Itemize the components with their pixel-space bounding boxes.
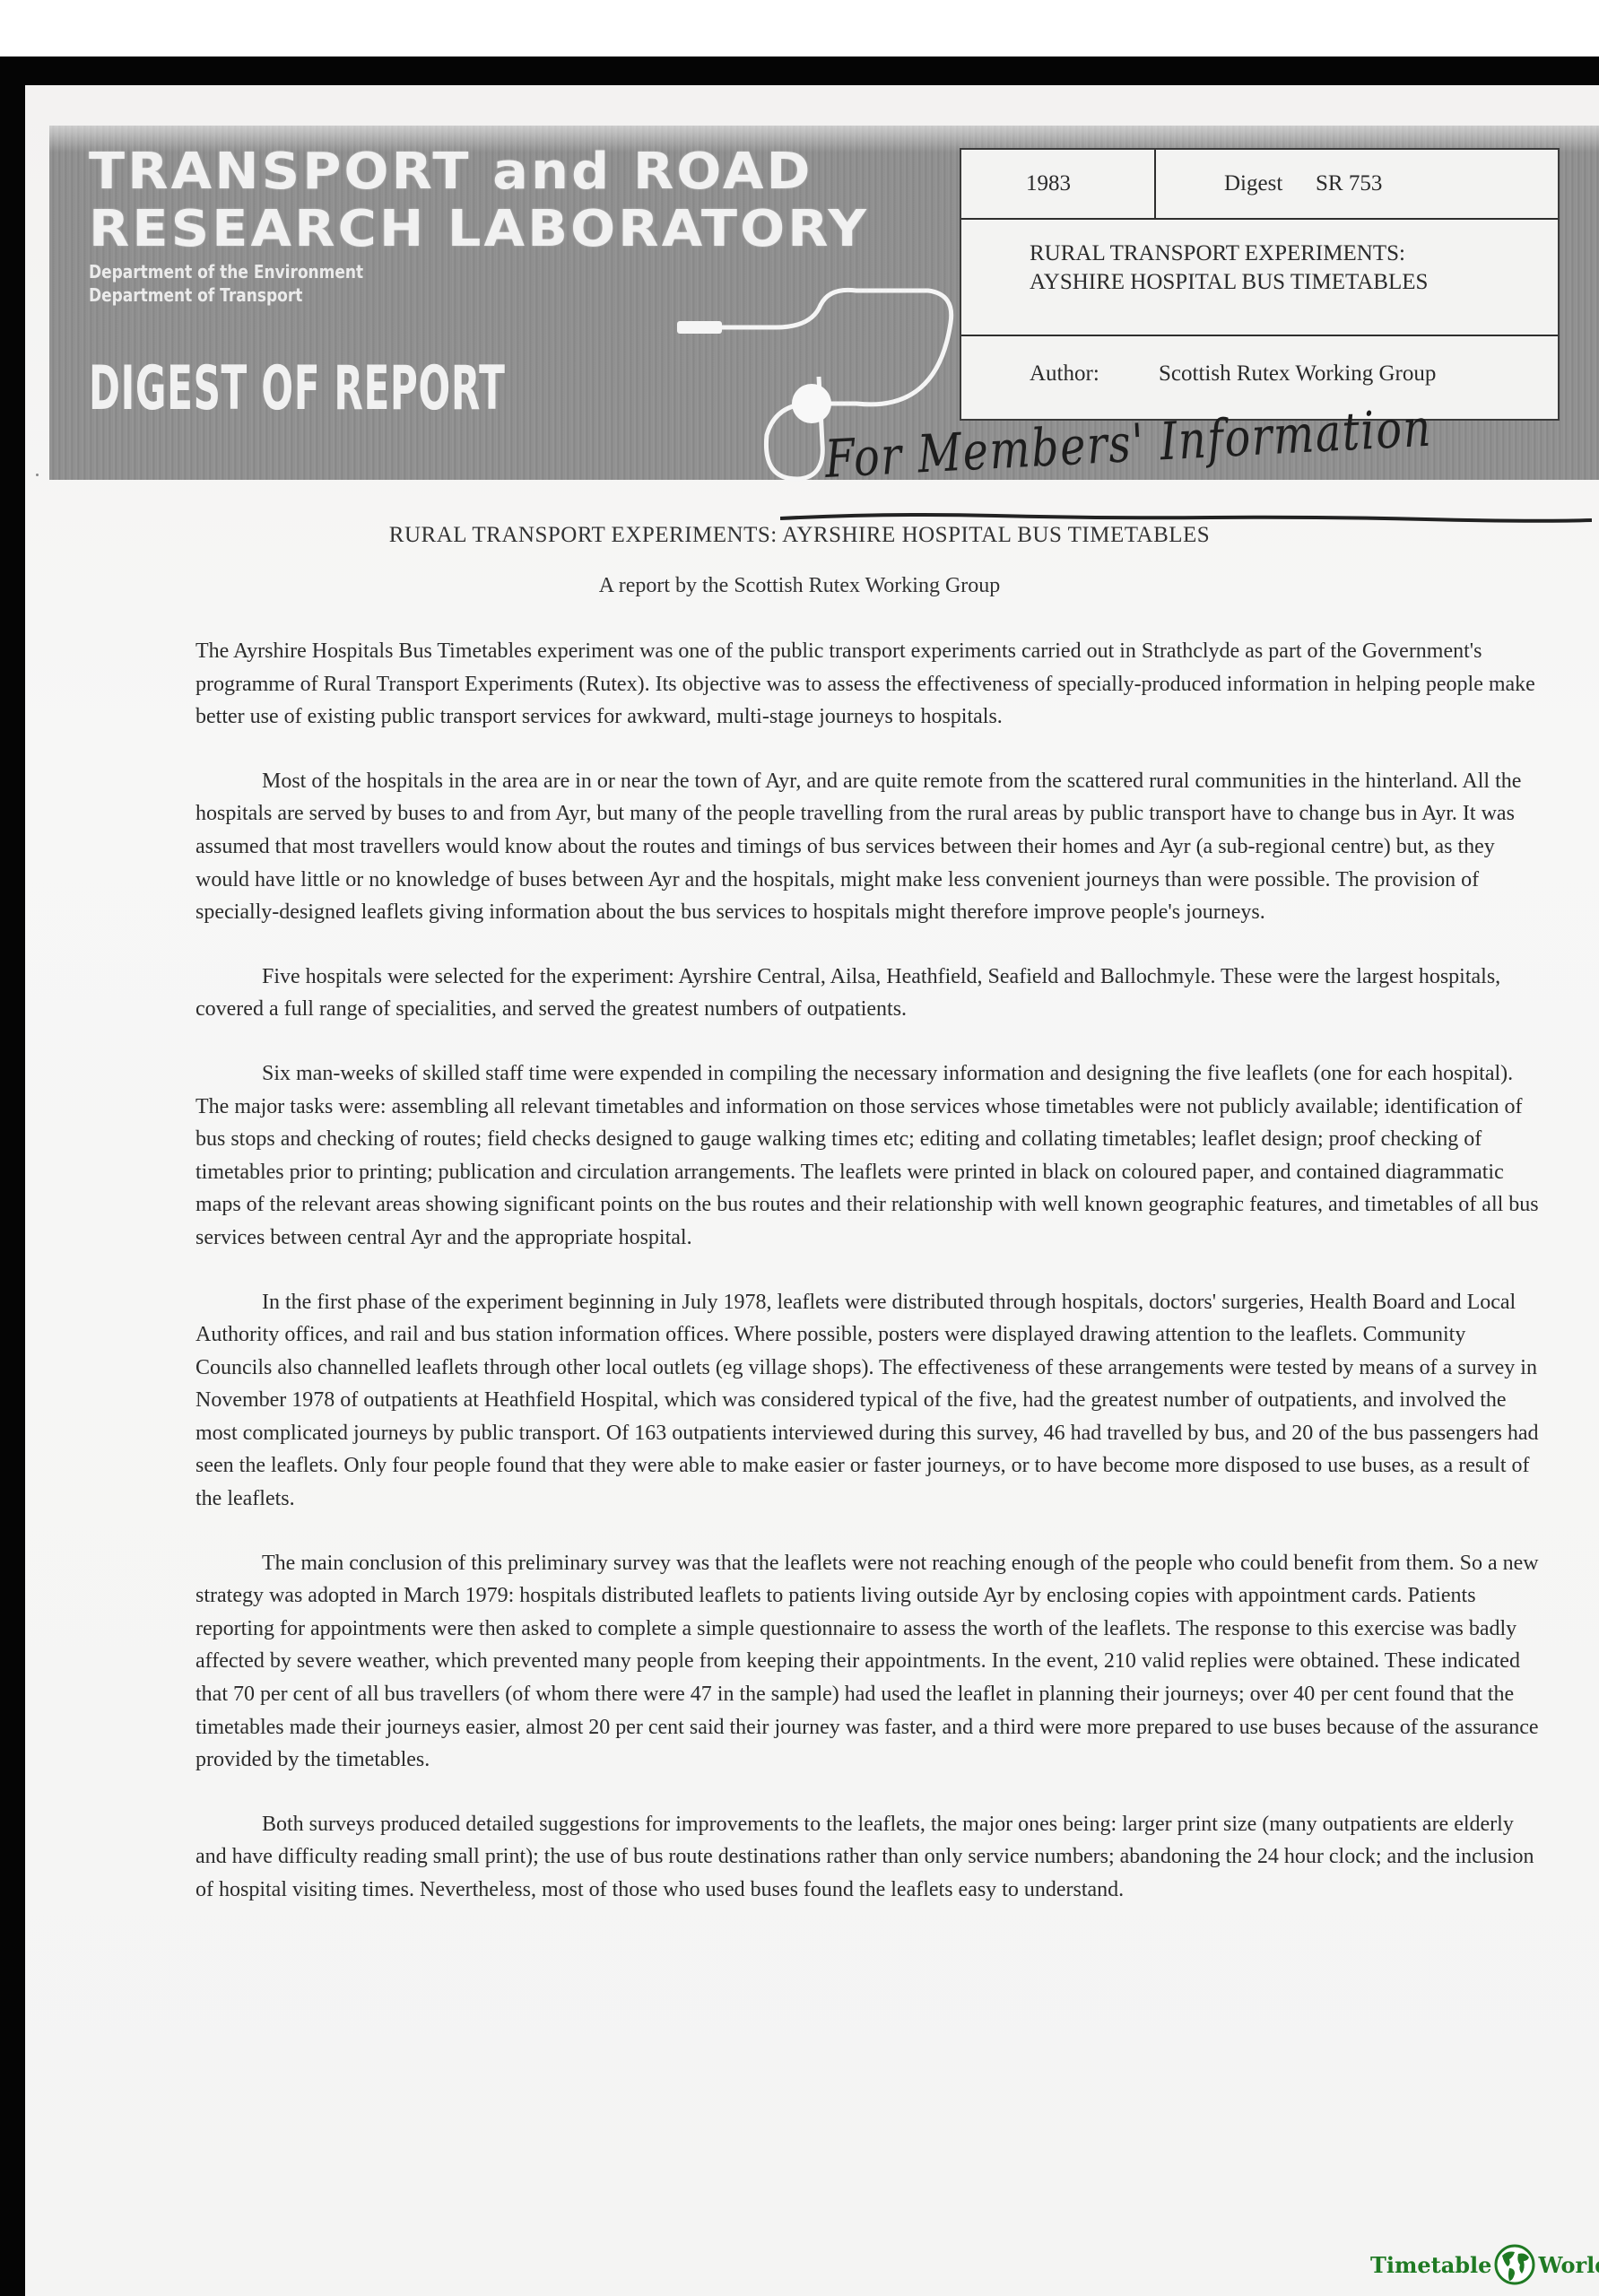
year-cell: 1983	[961, 150, 1156, 218]
department-transport: Department of Transport	[89, 283, 363, 307]
info-title: RURAL TRANSPORT EXPERIMENTS: AYSHIRE HOS…	[1030, 239, 1428, 297]
document-title: RURAL TRANSPORT EXPERIMENTS: AYRSHIRE HO…	[0, 523, 1599, 548]
info-row-title: RURAL TRANSPORT EXPERIMENTS: AYSHIRE HOS…	[961, 220, 1558, 336]
author-name: Scottish Rutex Working Group	[1159, 361, 1436, 387]
report-info-box: 1983 Digest SR 753 RURAL TRANSPORT EXPER…	[960, 148, 1560, 421]
organization-name: TRANSPORT and ROAD RESEARCH LABORATORY	[89, 143, 869, 258]
organization-line-1: TRANSPORT and ROAD	[89, 143, 813, 201]
document-type-heading: DIGEST OF REPORT	[89, 357, 505, 422]
watermark-left-text: Timetable	[1370, 2252, 1491, 2278]
department-environment: Department of the Environment	[89, 260, 363, 283]
scan-speck	[36, 474, 39, 476]
paragraph-hospitals: Five hospitals were selected for the exp…	[196, 961, 1545, 1026]
author-label: Author:	[1030, 361, 1099, 387]
watermark-right-text: World	[1538, 2252, 1599, 2278]
paragraph-suggestions: Both surveys produced detailed suggestio…	[196, 1808, 1545, 1907]
timetable-world-watermark: Timetable World	[1370, 2242, 1599, 2287]
departments: Department of the Environment Department…	[89, 260, 363, 307]
info-title-line-1: RURAL TRANSPORT EXPERIMENTS:	[1030, 239, 1428, 268]
document-body: The Ayrshire Hospitals Bus Timetables ex…	[196, 635, 1545, 1938]
paragraph-second-phase: The main conclusion of this preliminary …	[196, 1547, 1545, 1777]
organization-line-2: RESEARCH LABORATORY	[89, 200, 869, 258]
handwritten-underline	[780, 511, 1592, 524]
document-byline: A report by the Scottish Rutex Working G…	[0, 574, 1599, 598]
scan-edge-left	[0, 57, 25, 2296]
digest-number: SR 753	[1316, 171, 1382, 196]
paragraph-background: Most of the hospitals in the area are in…	[196, 765, 1545, 929]
digest-label: Digest	[1224, 171, 1282, 196]
info-title-line-2: AYSHIRE HOSPITAL BUS TIMETABLES	[1030, 268, 1428, 297]
paragraph-introduction: The Ayrshire Hospitals Bus Timetables ex…	[196, 635, 1545, 734]
globe-icon	[1493, 2243, 1536, 2286]
paragraph-leaflet-preparation: Six man-weeks of skilled staff time were…	[196, 1057, 1545, 1255]
report-year: 1983	[1026, 171, 1071, 196]
paragraph-first-phase: In the first phase of the experiment beg…	[196, 1286, 1545, 1516]
scan-edge-top	[25, 57, 1599, 85]
info-row-year-digest: 1983 Digest SR 753	[961, 150, 1558, 220]
